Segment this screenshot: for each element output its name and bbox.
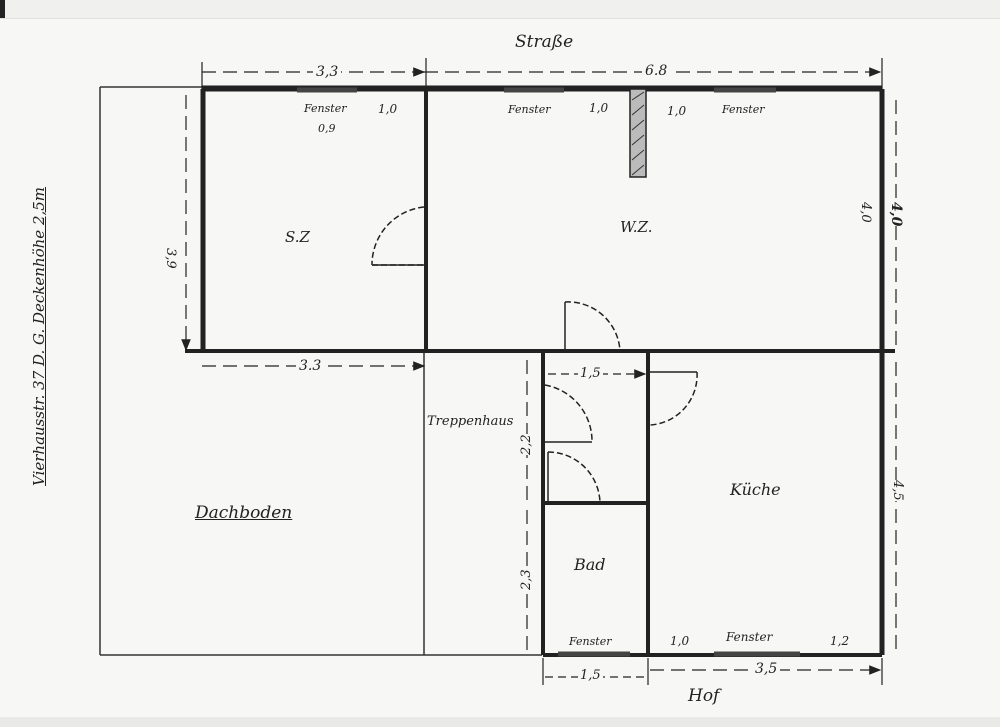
dim-bad-bottom: 1,5 xyxy=(578,668,603,683)
walls xyxy=(185,86,895,655)
window-label-bad: Fenster xyxy=(569,635,611,648)
window-offset-sz: 1,0 xyxy=(378,102,397,116)
room-label-treppenhaus: Treppenhaus xyxy=(427,414,513,429)
window-label-sz: Fenster xyxy=(304,102,346,115)
room-label-sz: S.Z xyxy=(285,228,310,246)
dim-sz-height: 3,9 xyxy=(163,248,178,269)
window-label-kueche: Fenster xyxy=(726,630,772,644)
window-width-sz: 0,9 xyxy=(318,122,336,135)
window-offset-wz-right: 1,0 xyxy=(667,104,686,118)
window-offset-wz-left: 1,0 xyxy=(589,101,608,115)
room-label-kueche: Küche xyxy=(730,480,781,499)
window-label-wz-right: Fenster xyxy=(722,103,764,116)
dim-top-right: 6.8 xyxy=(642,63,670,79)
room-label-bad: Bad xyxy=(574,555,606,574)
dim-flur-width: 1,5 xyxy=(578,366,603,381)
dim-flur-height: 2,2 xyxy=(519,434,534,455)
window-offset-kueche-right: 1,2 xyxy=(830,634,849,648)
floor-plan xyxy=(0,0,1000,727)
windows xyxy=(297,90,800,654)
window-offset-kueche-left: 1,0 xyxy=(670,634,689,648)
dim-wz-height-inner: 4,0 xyxy=(858,202,873,223)
chimney xyxy=(630,89,646,177)
room-label-dachboden: Dachboden xyxy=(195,503,292,523)
document-title: Vierhausstr. 37 D. G. Deckenhöhe 2,5m xyxy=(30,187,48,486)
dim-wz-height-outer: 4,0 xyxy=(888,202,904,226)
dim-kueche-bottom: 3,5 xyxy=(752,661,780,677)
dim-kueche-height: 4,5 xyxy=(890,480,905,501)
room-label-wz: W.Z. xyxy=(620,218,653,236)
window-label-wz-left: Fenster xyxy=(508,103,550,116)
dim-bad-height: 2,3 xyxy=(519,569,534,590)
dim-top-left: 3,3 xyxy=(313,64,341,80)
dim-sz-bottom: 3.3 xyxy=(296,358,324,374)
courtyard-label: Hof xyxy=(688,686,719,706)
street-label: Straße xyxy=(515,32,573,52)
